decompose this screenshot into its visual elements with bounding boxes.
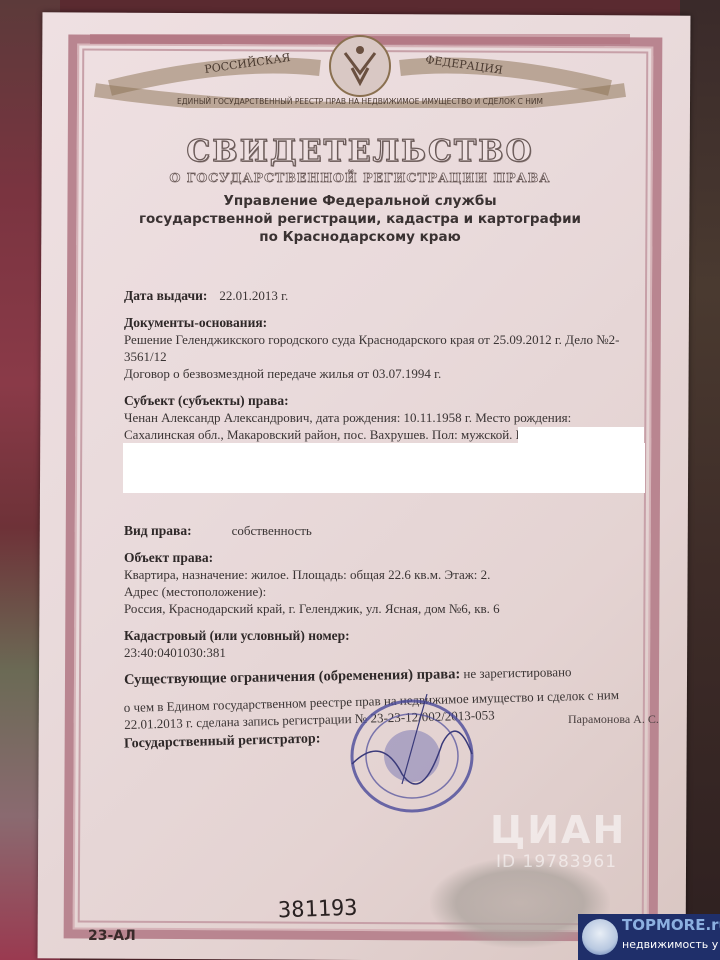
cadastral-label: Кадастровый (или условный) номер: bbox=[124, 627, 644, 644]
issuing-authority: Управление Федеральной службы государств… bbox=[0, 192, 720, 246]
subject-line: Ченан Александр Александрович, дата рожд… bbox=[124, 409, 644, 426]
coat-of-arms-icon: РОССИЙСКАЯ ФЕДЕРАЦИЯ ЕДИНЫЙ ГОСУДАРСТВЕН… bbox=[90, 28, 630, 108]
object-label: Объект права: bbox=[124, 549, 644, 566]
right-type-value: собственность bbox=[232, 522, 312, 539]
object-line: Россия, Краснодарский край, г. Геленджик… bbox=[124, 600, 644, 617]
basis-document-line: 3561/12 bbox=[124, 348, 644, 365]
basis-document-line: Договор о безвозмездной передаче жилья о… bbox=[124, 365, 644, 382]
blank-serial-number: 381193 bbox=[278, 896, 358, 924]
authority-line: государственной регистрации, кадастра и … bbox=[0, 210, 720, 228]
redaction-box bbox=[518, 427, 644, 443]
registrar-name: Парамонова А. С. bbox=[568, 712, 659, 727]
house-logo-icon bbox=[582, 919, 618, 955]
encumbrances-label: Существующие ограничения (обременения) п… bbox=[124, 666, 460, 688]
cian-watermark: ЦИАН ID 19783961 bbox=[490, 808, 626, 872]
banner-title: TOPMORE.ru bbox=[622, 916, 720, 934]
encumbrances-value: не зарегистировано bbox=[463, 664, 571, 681]
issue-date-value: 22.01.2013 г. bbox=[219, 287, 288, 304]
watermark-id: ID 19783961 bbox=[496, 852, 626, 872]
issue-date-label: Дата выдачи: bbox=[124, 287, 207, 304]
issue-date-row: Дата выдачи: 22.01.2013 г. bbox=[124, 287, 644, 304]
redaction-box bbox=[123, 443, 645, 493]
basis-documents-label: Документы-основания: bbox=[124, 314, 644, 331]
basis-document-line: Решение Геленджикского городского суда К… bbox=[124, 331, 644, 348]
crest-header: РОССИЙСКАЯ ФЕДЕРАЦИЯ ЕДИНЫЙ ГОСУДАРСТВЕН… bbox=[90, 28, 630, 108]
object-line: Адрес (местоположение): bbox=[124, 583, 644, 600]
right-type-row: Вид права: собственность bbox=[124, 522, 644, 539]
banner-subtitle: недвижимость у моря bbox=[622, 938, 720, 951]
right-type-label: Вид права: bbox=[124, 522, 192, 539]
authority-line: по Краснодарскому краю bbox=[0, 228, 720, 246]
document-title: СВИДЕТЕЛЬСТВО bbox=[0, 134, 720, 169]
certificate-body: Дата выдачи: 22.01.2013 г. Документы-осн… bbox=[124, 287, 644, 733]
authority-line: Управление Федеральной службы bbox=[0, 192, 720, 210]
subjects-label: Субъект (субъекты) права: bbox=[124, 392, 644, 409]
object-line: Квартира, назначение: жилое. Площадь: об… bbox=[124, 566, 644, 583]
cadastral-value: 23:40:0401030:381 bbox=[124, 644, 644, 661]
svg-text:ЕДИНЫЙ ГОСУДАРСТВЕННЫЙ РЕЕСТР: ЕДИНЫЙ ГОСУДАРСТВЕННЫЙ РЕЕСТР ПРАВ НА НЕ… bbox=[177, 97, 543, 106]
document-subtitle: О ГОСУДАРСТВЕННОЙ РЕГИСТРАЦИИ ПРАВА bbox=[0, 170, 720, 185]
watermark-brand: ЦИАН bbox=[490, 808, 626, 852]
official-stamp-icon bbox=[342, 694, 482, 819]
blank-series: 23-АЛ bbox=[88, 928, 136, 944]
topmore-banner[interactable]: TOPMORE.ru недвижимость у моря bbox=[578, 914, 720, 960]
